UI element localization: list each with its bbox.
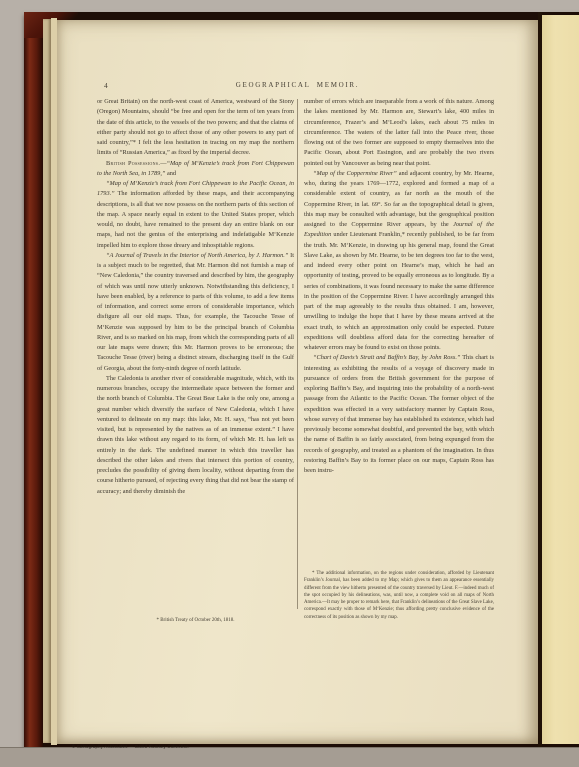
paragraph: British Possessions.—“Map of M‘Kenzie’s … xyxy=(97,159,294,180)
facing-page-sliver xyxy=(542,15,579,744)
text-segment: and xyxy=(165,170,176,177)
page-edge-stack-outer xyxy=(43,19,51,743)
text-column-right: number of errors which are inseparable f… xyxy=(304,97,494,476)
text-segment: The information afforded by these maps, … xyxy=(97,190,294,248)
text-segment: or Great Britain) on the north-west coas… xyxy=(97,98,294,156)
paragraph: “Map of the Coppermine River” and adjace… xyxy=(304,169,494,354)
scanner-mat xyxy=(0,747,579,767)
leather-spine-edge xyxy=(24,12,43,747)
column-divider-rule xyxy=(297,99,298,609)
paragraph: “Chart of Davis’s Strait and Baffin’s Ba… xyxy=(304,353,494,476)
text-segment: “A Journal of Travels in the Interior of… xyxy=(106,252,288,259)
text-segment: The Caledonia is another river of consid… xyxy=(97,375,294,495)
scanned-book-photo: 4 GEOGRAPHICAL MEMOIR. or Great Britain)… xyxy=(0,0,579,767)
page-gutter-shadow xyxy=(538,12,542,747)
paragraph: “A Journal of Travels in the Interior of… xyxy=(97,251,294,374)
text-segment: “Chart of Davis’s Strait and Baffin’s Ba… xyxy=(313,354,460,361)
running-header-title: GEOGRAPHICAL MEMOIR. xyxy=(57,81,538,89)
paragraph: number of errors which are inseparable f… xyxy=(304,97,494,169)
text-segment: under Lieutenant Franklin,* recently pub… xyxy=(304,231,494,351)
text-segment: It is a subject much to be regretted, th… xyxy=(97,252,294,372)
text-segment: British Possessions. xyxy=(106,160,160,167)
book-page: 4 GEOGRAPHICAL MEMOIR. or Great Britain)… xyxy=(57,20,538,744)
text-column-left: or Great Britain) on the north-west coas… xyxy=(97,97,294,497)
credit-line: © Cartography Associates — David Rumsey … xyxy=(72,744,189,749)
paragraph: “Map of M‘Kenzie’s track from Fort Chipp… xyxy=(97,179,294,251)
text-segment: This chart is interesting as exhibiting … xyxy=(304,354,494,474)
paragraph: The Caledonia is another river of consid… xyxy=(97,374,294,497)
paragraph: or Great Britain) on the north-west coas… xyxy=(97,97,294,159)
footnote-left: * British Treaty of October 20th, 1818. xyxy=(97,618,294,623)
text-segment: and adjacent country, by Mr. Hearne, who… xyxy=(304,170,494,228)
text-segment: “Map of the Coppermine River” xyxy=(313,170,397,177)
text-segment: number of errors which are inseparable f… xyxy=(304,98,494,167)
book-cover: 4 GEOGRAPHICAL MEMOIR. or Great Britain)… xyxy=(24,12,579,747)
footnote-right: * The additional information, on the reg… xyxy=(304,570,494,621)
